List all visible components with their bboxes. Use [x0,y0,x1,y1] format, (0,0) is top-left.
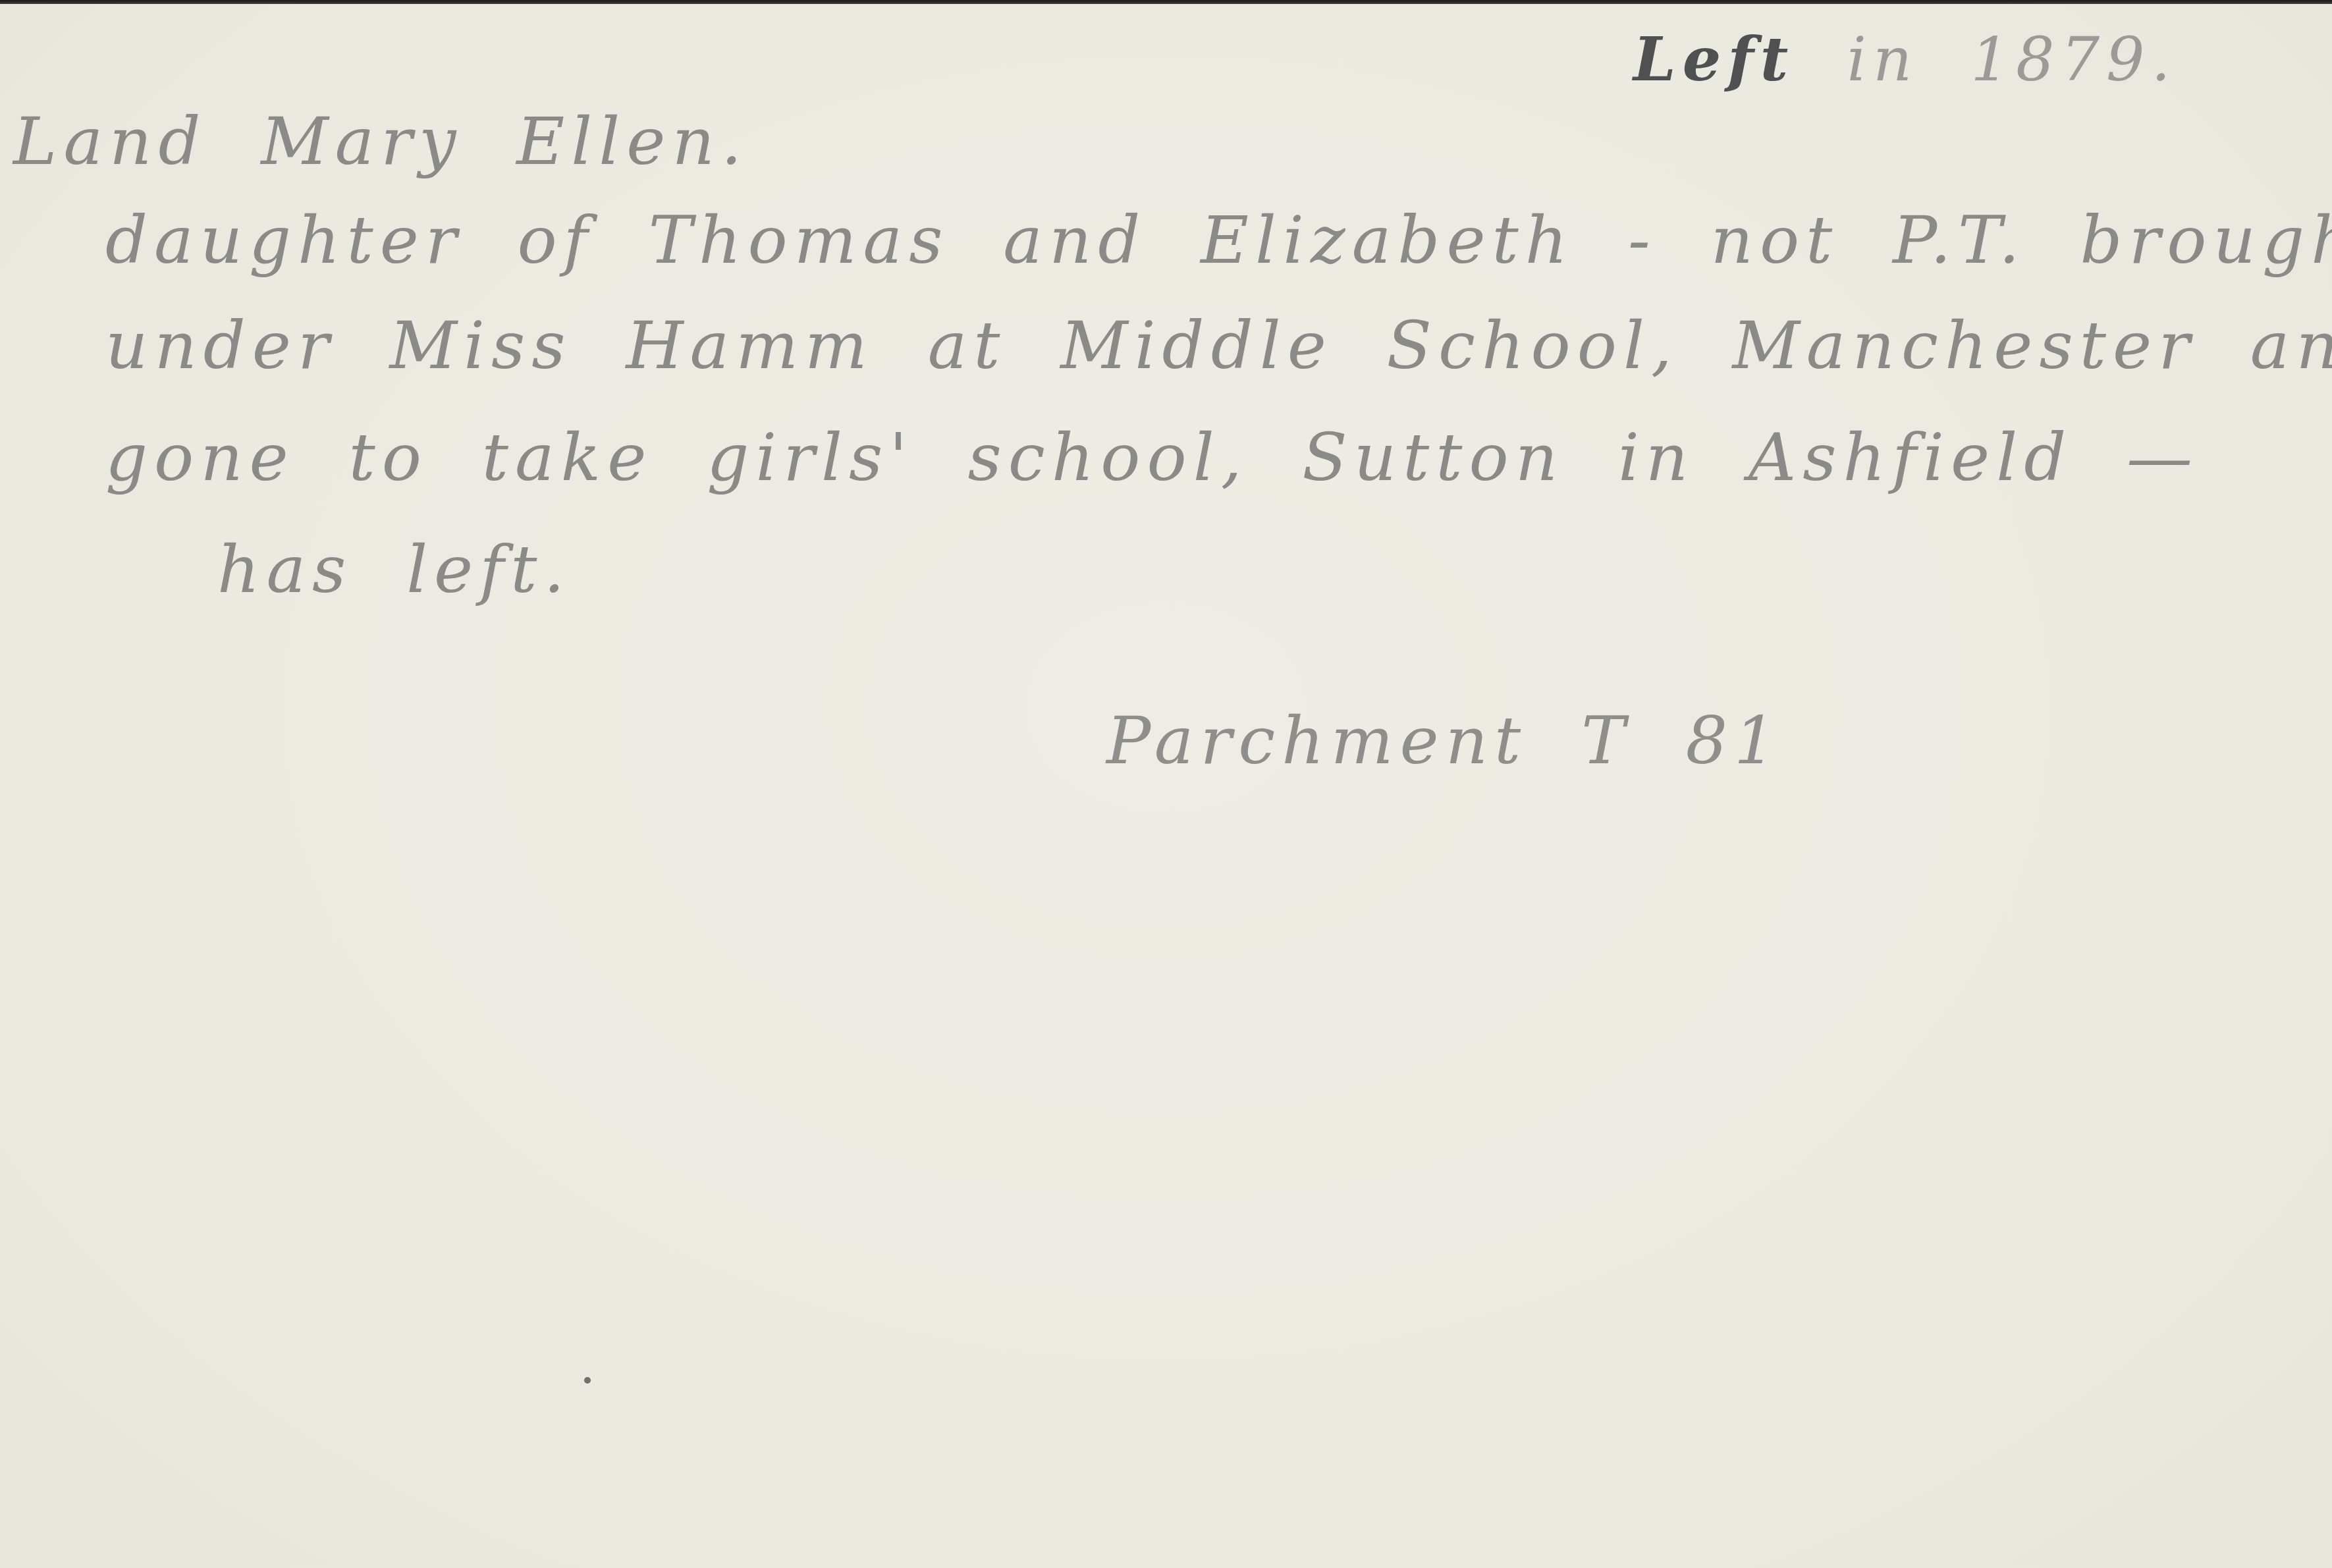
parchment-reference: Parchment T 81 [1106,702,1783,779]
body-line-2: under Miss Hamm at Middle School, Manche… [105,307,2332,384]
person-name: Land Mary Ellen. [13,103,749,180]
left-word: Left [1633,24,1795,95]
body-line-4: has left. [217,531,571,608]
left-date: in 1879. [1847,24,2177,95]
body-line-1: daughter of Thomas and Elizabeth - not P… [105,202,2332,279]
body-line-3: gone to take girls' school, Sutton in As… [105,419,2199,496]
ink-spot [584,1377,591,1384]
record-card: Left in 1879. Land Mary Ellen. daughter … [0,4,2332,1568]
left-date-note: Left in 1879. [1633,24,2177,95]
